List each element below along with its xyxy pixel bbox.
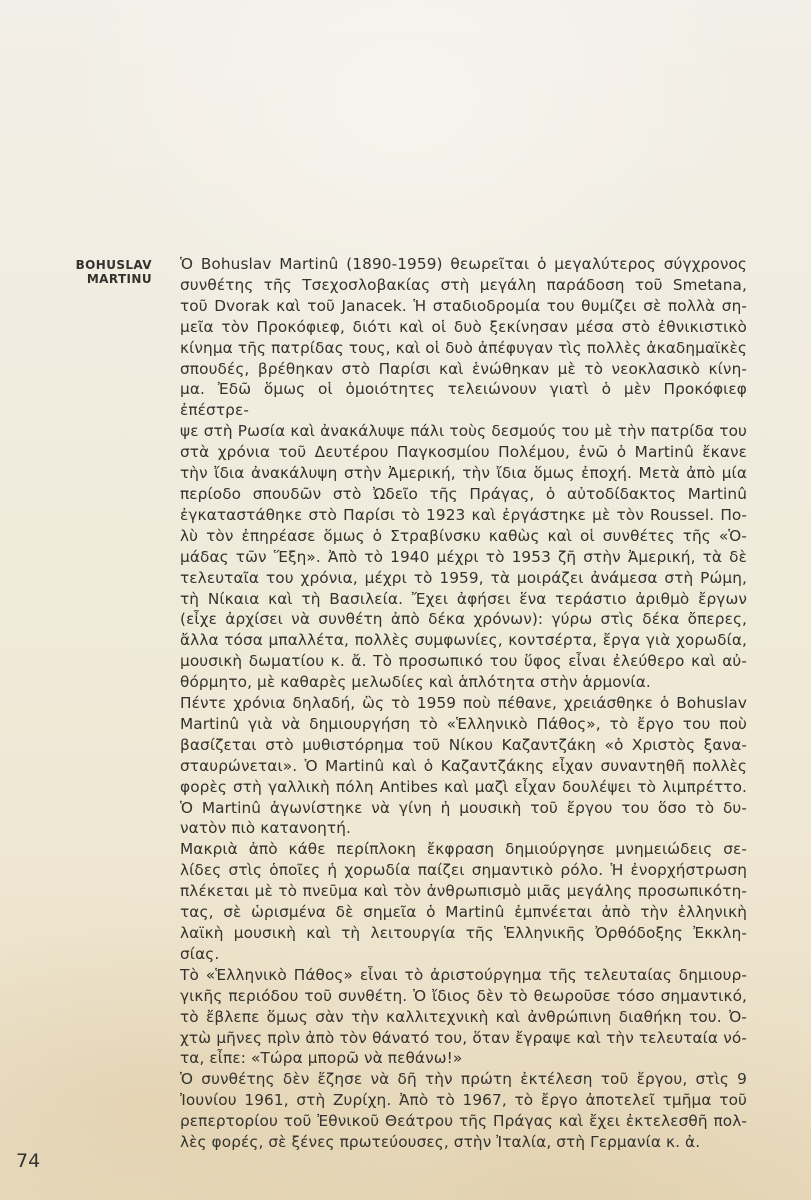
paragraph: Πέντε χρόνια δηλαδή, ὣς τὸ 1959 ποὺ πέθα… [180,693,747,839]
text-line: τὴ Νίκαια καὶ τὴ Βασιλεία. Ἔχει ἀφήσει ἕ… [180,589,747,610]
text-line: μουσικὴ δωματίου κ. ἄ. Τὸ προσωπικό του … [180,651,747,672]
text-line: νατὸν πιὸ κατανοητή. [180,818,747,839]
text-line: τὸ ἔβλεπε ὅμως σὰν τὴν καλλιτεχνικὴ καὶ … [180,1007,747,1028]
text-line: κίνημα τῆς πατρίδας τους, καὶ οἱ δυὸ ἀπέ… [180,338,747,359]
text-line: στὰ χρόνια τοῦ Δευτέρου Παγκοσμίου Πολέμ… [180,442,747,463]
margin-label: BOHUSLAV MARTINU [58,258,152,286]
text-line: χτὼ μῆνες πρὶν ἀπὸ τὸν θάνατό του, ὅταν … [180,1028,747,1049]
text-line: Ἰουνίου 1961, στὴ Ζυρίχη. Ἀπὸ τὸ 1967, τ… [180,1090,747,1111]
text-line: φορὲς στὴ γαλλικὴ πόλη Antibes καὶ μαζὶ … [180,777,747,798]
text-line: τὴν ἴδια ἀνακάλυψη στὴν Ἀμερική, τὴν ἴδι… [180,463,747,484]
paragraph: Μακριὰ ἀπὸ κάθε περίπλοκη ἔκφραση δημιού… [180,839,747,964]
text-line: Τὸ «Ἑλληνικὸ Πάθος» εἶναι τὸ ἀριστούργημ… [180,965,747,986]
text-line: τελευταῖα του χρόνια, μέχρι τὸ 1959, τὰ … [180,568,747,589]
paragraph: Τὸ «Ἑλληνικὸ Πάθος» εἶναι τὸ ἀριστούργημ… [180,965,747,1070]
text-line: λίδες στὶς ὁποῖες ἡ χορωδία παίζει σημαν… [180,860,747,881]
text-line: λὲς φορές, σὲ ξένες πρωτεύουσες, στὴν Ἰτ… [180,1132,747,1153]
text-line: μάδας τῶν Ἕξη». Ἀπὸ τὸ 1940 μέχρι τὸ 195… [180,547,747,568]
text-line: βασίζεται στὸ μυθιστόρημα τοῦ Νίκου Καζα… [180,735,747,756]
text-line: Ὁ Martinû ἀγωνίστηκε νὰ γίνη ἡ μουσικὴ τ… [180,798,747,819]
text-line: ἄλλα τόσα μπαλλέτα, πολλὲς συμφωνίες, κο… [180,630,747,651]
text-line: σταυρώνεται». Ὁ Martinû καὶ ὁ Καζαντζάκη… [180,756,747,777]
text-line: μα. Ἐδῶ ὅμως οἱ ὁμοιότητες τελειώνουν γι… [180,379,747,421]
book-page: BOHUSLAV MARTINU Ὁ Bohuslav Martinû (189… [0,0,811,1200]
text-line: λὺ τὸν ἐπηρέασε ὅμως ὁ Στραβίνσκυ καθὼς … [180,526,747,547]
text-line: Μακριὰ ἀπὸ κάθε περίπλοκη ἔκφραση δημιού… [180,839,747,860]
text-line: συνθέτης τῆς Τσεχοσλοβακίας στὴ μεγάλη π… [180,275,747,296]
text-line: μεῖα τὸν Προκόφιεφ, διότι καὶ οἱ δυὸ ξεκ… [180,317,747,338]
text-line: ψε στὴ Ρωσία καὶ ἀνακάλυψε πάλι τοὺς δεσ… [180,421,747,442]
text-line: θόρμητο, μὲ καθαρὲς μελωδίες καὶ ἁπλότητ… [180,672,747,693]
text-line: τοῦ Dvorak καὶ τοῦ Janacek. Ἡ σταδιοδρομ… [180,296,747,317]
text-line: γικῆς περιόδου τοῦ συνθέτη. Ὁ ἴδιος δὲν … [180,986,747,1007]
text-line: σίας. [180,944,747,965]
text-line: (εἶχε ἀρχίσει νὰ συνθέτη ἀπὸ δέκα χρόνων… [180,609,747,630]
margin-label-line1: BOHUSLAV [58,258,152,272]
text-line: Ὁ συνθέτης δὲν ἔζησε νὰ δῆ τὴν πρώτη ἐκτ… [180,1069,747,1090]
paragraph: Ὁ συνθέτης δὲν ἔζησε νὰ δῆ τὴν πρώτη ἐκτ… [180,1069,747,1153]
text-line: σπουδές, βρέθηκαν στὸ Παρίσι καὶ ἑνώθηκα… [180,359,747,380]
margin-label-line2: MARTINU [58,272,152,286]
text-line: περίοδο σπουδῶν στὸ Ὠδεῖο τῆς Πράγας, ὁ … [180,484,747,505]
text-line: ρεπερτορίου τοῦ Ἐθνικοῦ Θεάτρου τῆς Πράγ… [180,1111,747,1132]
text-line: ἐγκαταστάθηκε στὸ Παρίσι τὸ 1923 καὶ ἐργ… [180,505,747,526]
text-line: Πέντε χρόνια δηλαδή, ὣς τὸ 1959 ποὺ πέθα… [180,693,747,714]
text-line: Martinû γιὰ νὰ δημιουργήση τὸ «Ἑλληνικὸ … [180,714,747,735]
text-line: πλέκεται μὲ τὸ πνεῦμα καὶ τὸν ἀνθρωπισμὸ… [180,881,747,902]
text-line: Ὁ Bohuslav Martinû (1890-1959) θεωρεῖται… [180,254,747,275]
text-line: λαϊκὴ μουσικὴ καὶ τὴ λειτουργία τῆς Ἑλλη… [180,923,747,944]
body-text-block: Ὁ Bohuslav Martinû (1890-1959) θεωρεῖται… [180,254,747,1153]
text-line: τα, εἶπε: «Τώρα μπορῶ νὰ πεθάνω!» [180,1048,747,1069]
page-number: 74 [16,1150,40,1172]
text-line: τας, σὲ ὡρισμένα δὲ σημεῖα ὁ Martinû ἐμπ… [180,902,747,923]
paragraph: Ὁ Bohuslav Martinû (1890-1959) θεωρεῖται… [180,254,747,693]
